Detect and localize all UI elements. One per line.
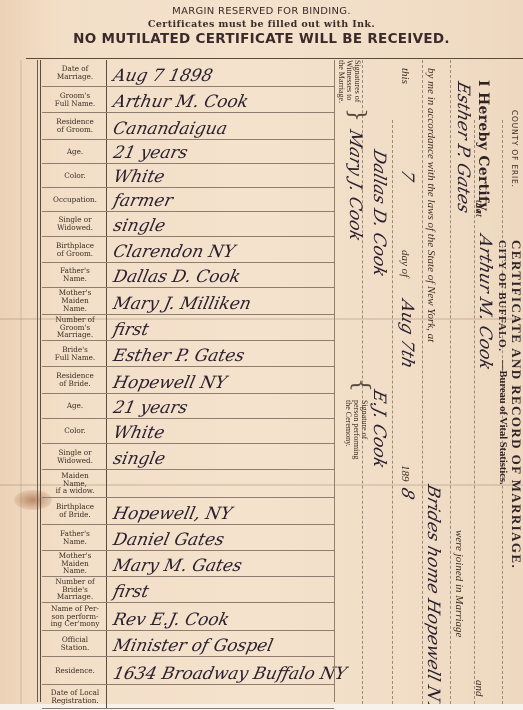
witness-1-signature: Dallas D. Cook <box>369 148 389 280</box>
field-label: Birthplace of Bride. <box>44 498 107 524</box>
day-of-text: day of <box>399 250 411 277</box>
ink-notice: Certificates must be filled out with Ink… <box>0 19 523 30</box>
field-label: Residence of Bride. <box>44 367 107 393</box>
fold-crease <box>20 60 22 704</box>
header-rule <box>26 58 523 59</box>
form-row: Father's Name.Daniel Gates <box>42 525 334 551</box>
form-row: Groom's Full Name.Arthur M. Cook <box>42 87 334 113</box>
form-row: Official Station.Minister of Gospel <box>42 631 334 657</box>
form-row: Father's Name.Dallas D. Cook <box>42 263 334 288</box>
form-row: Occupation.farmer <box>42 188 334 212</box>
field-value: Daniel Gates <box>111 525 336 550</box>
field-value: Canandaigua <box>111 113 337 139</box>
joined-text: were joined in Marriage <box>453 530 465 637</box>
field-value: 1634 Broadway Buffalo NY <box>111 657 337 684</box>
this-word: this <box>399 68 411 84</box>
section-divider <box>334 60 335 702</box>
form-row: Residence of Groom.Canandaigua <box>42 113 334 140</box>
field-value: White <box>112 164 337 187</box>
form-row: Number of Bride's Marriage.first <box>42 577 334 603</box>
certificate-rotated: COUNTY OF ERIE. CERTIFICATE AND RECORD O… <box>336 60 523 704</box>
form-row: Age.21 years <box>42 140 334 164</box>
field-label: Residence of Groom. <box>44 113 107 139</box>
dashed-line <box>392 120 393 704</box>
field-label: Residence. <box>44 657 107 684</box>
field-label: Single or Widowed. <box>44 212 107 236</box>
field-value: Arthur M. Cook <box>111 87 336 112</box>
dashed-line <box>450 60 451 704</box>
form-border <box>37 60 38 702</box>
witness-2-signature: Mary J. Cook <box>345 128 365 244</box>
and-word: and <box>473 680 485 697</box>
form-row: Date of Local Registration. <box>42 685 334 709</box>
certificate-section: COUNTY OF ERIE. CERTIFICATE AND RECORD O… <box>336 60 523 704</box>
field-label: Official Station. <box>44 631 107 656</box>
certify-text: I Hereby Certify, <box>475 80 491 215</box>
field-label: Age. <box>44 394 107 418</box>
certificate-title: CERTIFICATE AND RECORD OF MARRIAGE. <box>508 240 523 569</box>
field-label: Father's Name. <box>44 263 107 287</box>
officiant-signature: E.J. Cook <box>369 388 389 471</box>
field-value: Mary J. Milliken <box>111 288 337 314</box>
binding-notice: MARGIN RESERVED FOR BINDING. <box>0 6 523 17</box>
field-label: Father's Name. <box>44 525 107 550</box>
field-value: White <box>111 419 336 443</box>
ceremony-place: Brides home Hopewell NY <box>423 483 443 704</box>
form-row: Single or Widowed.single <box>42 212 334 237</box>
city-label: CITY OF BUFFALO. <box>496 240 508 352</box>
form-row: Residence of Bride.Hopewell NY <box>42 367 334 394</box>
county-label: COUNTY OF ERIE. <box>510 110 519 188</box>
field-label: Mother's Maiden Name. <box>44 288 107 314</box>
field-label: Birthplace of Groom. <box>44 237 107 262</box>
field-label: Mother's Maiden Name. <box>44 551 107 576</box>
field-value: first <box>111 315 336 340</box>
form-row: Bride's Full Name.Esther P. Gates <box>42 341 334 367</box>
field-label: Date of Marriage. <box>44 60 107 86</box>
field-label: Number of Groom's Marriage. <box>44 315 107 340</box>
field-value: single <box>111 212 336 236</box>
that-word: that <box>473 200 485 217</box>
officiant-label: Signature of person performing the Cerem… <box>344 400 368 459</box>
field-value: 21 years <box>112 140 337 163</box>
form-row: Color.White <box>42 419 334 444</box>
form-border <box>40 60 41 702</box>
witnesses-label: Signatures of Witnesses to the Marriage. <box>337 60 361 103</box>
form-row: Number of Groom's Marriage.first <box>42 315 334 341</box>
field-label: Bride's Full Name. <box>44 341 107 366</box>
field-value: Clarendon NY <box>111 237 336 262</box>
form-row: Single or Widowed.single <box>42 444 334 470</box>
month-value: Aug 7th <box>397 298 417 371</box>
field-value: Hopewell NY <box>111 367 337 393</box>
form-row: Birthplace of Bride.Hopewell, NY <box>42 498 334 525</box>
form-row: Name of Per- son perform- ing Cer'monyRe… <box>42 603 334 631</box>
year-prefix: 189 <box>399 465 411 482</box>
field-value: 21 years <box>111 394 336 418</box>
field-label: Date of Local Registration. <box>44 685 107 708</box>
field-value: Minister of Gospel <box>111 631 336 656</box>
record-form: Date of Marriage.Aug 7 1898Groom's Full … <box>42 60 334 702</box>
field-value: Aug 7 1898 <box>111 60 337 86</box>
year-suffix: 8 <box>397 486 417 502</box>
form-row: Mother's Maiden Name.Mary J. Milliken <box>42 288 334 315</box>
form-row: Maiden Name, if a widow. <box>42 470 334 498</box>
field-label: Color. <box>44 419 107 443</box>
field-label: Color. <box>44 164 107 187</box>
field-label: Name of Per- son perform- ing Cer'mony <box>44 603 107 630</box>
field-value: first <box>111 577 336 602</box>
field-value: Hopewell, NY <box>111 498 337 524</box>
field-value: Rev E.J. Cook <box>111 603 337 630</box>
form-row: Residence.1634 Broadway Buffalo NY <box>42 657 334 685</box>
form-row: Color.White <box>42 164 334 188</box>
bureau-label: —Bureau of Vital Statistics. <box>497 360 508 485</box>
day-value: 7 <box>397 168 417 184</box>
field-label: Number of Bride's Marriage. <box>44 577 107 602</box>
form-row: Birthplace of Groom.Clarendon NY <box>42 237 334 263</box>
form-row: Date of Marriage.Aug 7 1898 <box>42 60 334 87</box>
field-label: Age. <box>44 140 107 163</box>
field-value: farmer <box>112 188 337 211</box>
field-value <box>111 470 337 497</box>
field-value: Dallas D. Cook <box>111 263 336 287</box>
accordance-text: by me in accordance with the laws of the… <box>425 68 437 342</box>
field-label: Groom's Full Name. <box>44 87 107 112</box>
brace: } <box>344 108 369 122</box>
mutilation-notice: NO MUTILATED CERTIFICATE WILL BE RECEIVE… <box>0 31 523 47</box>
bride-name-cert: Esther P. Gates <box>453 80 473 216</box>
field-label: Occupation. <box>44 188 107 211</box>
form-row: Age.21 years <box>42 394 334 419</box>
field-label: Maiden Name, if a widow. <box>44 470 107 497</box>
field-label: Single or Widowed. <box>44 444 107 469</box>
groom-name-cert: Arthur M. Cook <box>475 233 495 373</box>
field-value: single <box>111 444 336 469</box>
field-value: Esther P. Gates <box>111 341 336 366</box>
form-row: Mother's Maiden Name.Mary M. Gates <box>42 551 334 577</box>
field-value: Mary M. Gates <box>111 551 336 576</box>
field-value <box>112 685 337 708</box>
